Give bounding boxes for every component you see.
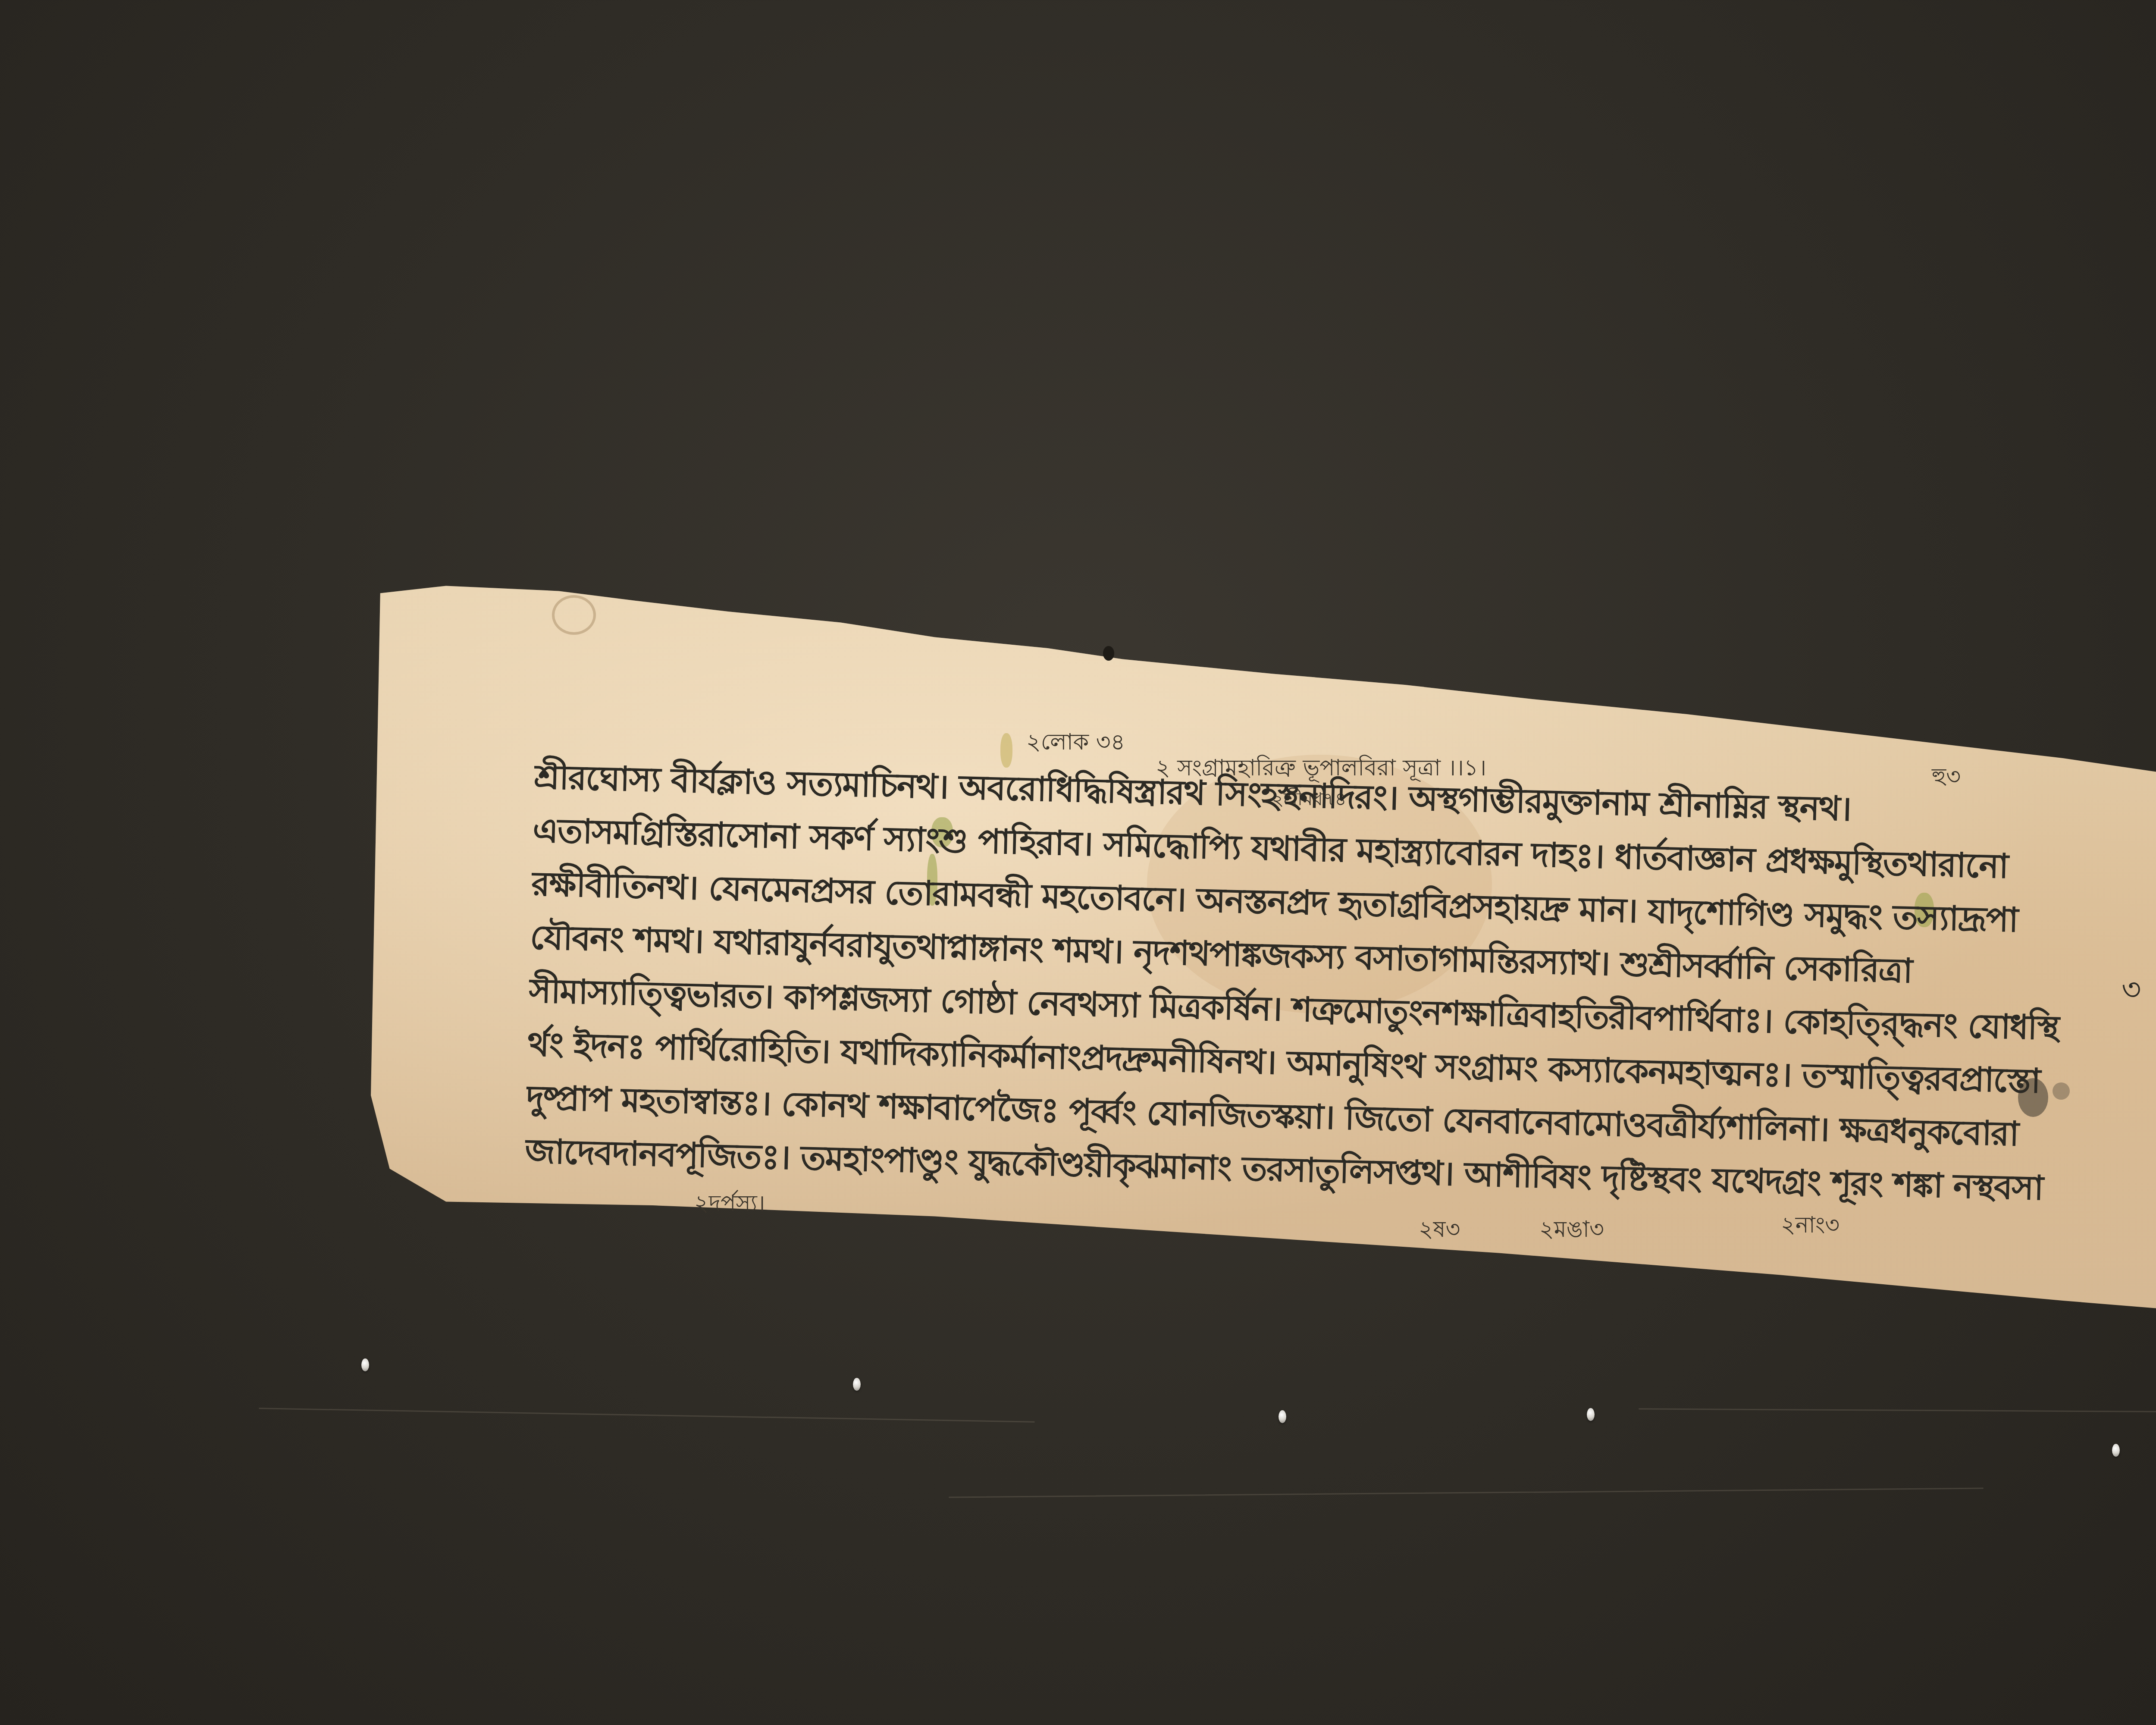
stain xyxy=(552,595,596,635)
header-annotation-left: ২লোক ৩৪ xyxy=(1026,724,1125,762)
board-scratch xyxy=(1639,1408,2156,1414)
mounting-pin xyxy=(1279,1410,1286,1423)
folio-number: ৩ xyxy=(2122,966,2141,1016)
board-scratch xyxy=(259,1408,1035,1422)
mounting-pin xyxy=(361,1358,369,1371)
footer-annotation: ২নাং৩ xyxy=(1781,1207,1839,1245)
wormhole xyxy=(1103,646,1114,661)
mounting-pin xyxy=(853,1378,861,1391)
footer-annotation: ২ষ৩ xyxy=(1419,1212,1460,1249)
mounting-pin xyxy=(1587,1408,1595,1421)
footer-annotation: ২দর্পস্য। xyxy=(694,1186,765,1223)
board-scratch xyxy=(949,1488,1984,1498)
mounting-pin xyxy=(2112,1444,2120,1457)
footer-annotation: ২মঙা৩ xyxy=(1539,1212,1604,1249)
manuscript-text: শ্রীরঘোস্য বীর্যক্লাও সত্যমাচিনথ। অবরোধি… xyxy=(524,750,2121,1217)
